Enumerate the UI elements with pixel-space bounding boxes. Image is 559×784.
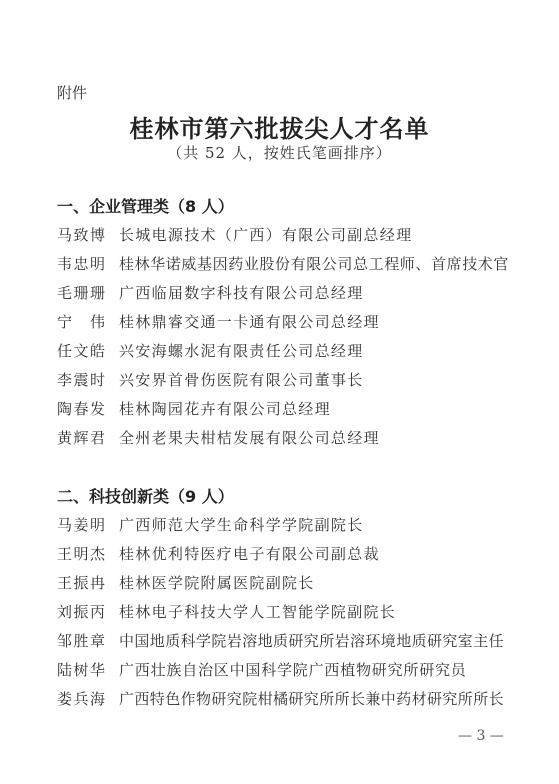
list-item: 宁 伟桂林鼎睿交通一卡通有限公司总经理 bbox=[57, 311, 380, 332]
person-position: 桂林陶园花卉有限公司总经理 bbox=[119, 398, 331, 419]
list-item: 韦忠明桂林华诺威基因药业股份有限公司总工程师、首席技术官 bbox=[57, 253, 509, 274]
person-name: 毛珊珊 bbox=[57, 282, 117, 303]
person-position: 全州老果夫柑桔发展有限公司总经理 bbox=[119, 427, 380, 448]
list-item: 邹胜章中国地质科学院岩溶地质研究所岩溶环境地质研究室主任 bbox=[57, 630, 504, 651]
person-name: 李震时 bbox=[57, 369, 117, 390]
person-position: 广西临届数字科技有限公司总经理 bbox=[119, 282, 364, 303]
person-name: 任文皓 bbox=[57, 340, 117, 361]
person-name: 宁 伟 bbox=[57, 311, 117, 332]
person-position: 桂林医学院附属医院副院长 bbox=[119, 572, 315, 593]
list-item: 马致博长城电源技术（广西）有限公司副总经理 bbox=[57, 224, 412, 245]
person-name: 马姜明 bbox=[57, 514, 117, 535]
person-position: 桂林鼎睿交通一卡通有限公司总经理 bbox=[119, 311, 380, 332]
list-item: 王明杰桂林优利特医疗电子有限公司副总裁 bbox=[57, 543, 380, 564]
section-heading-tech-innovation: 二、科技创新类（9 人） bbox=[57, 484, 234, 507]
person-position: 中国地质科学院岩溶地质研究所岩溶环境地质研究室主任 bbox=[119, 630, 504, 651]
person-position: 长城电源技术（广西）有限公司副总经理 bbox=[119, 224, 412, 245]
person-name: 陆树华 bbox=[57, 659, 117, 680]
person-position: 兴安海螺水泥有限责任公司总经理 bbox=[119, 340, 364, 361]
person-position: 广西师范大学生命科学学院副院长 bbox=[119, 514, 364, 535]
person-position: 桂林电子科技大学人工智能学院副院长 bbox=[119, 601, 396, 622]
person-position: 桂林华诺威基因药业股份有限公司总工程师、首席技术官 bbox=[119, 253, 509, 274]
person-name: 马致博 bbox=[57, 224, 117, 245]
person-position: 兴安界首骨伤医院有限公司董事长 bbox=[119, 369, 364, 390]
list-item: 陶春发桂林陶园花卉有限公司总经理 bbox=[57, 398, 331, 419]
document-subtitle: （共 52 人，按姓氏笔画排序） bbox=[0, 142, 559, 163]
list-item: 娄兵海广西特色作物研究院柑橘研究所所长兼中药材研究所所长 bbox=[57, 688, 504, 709]
person-name: 陶春发 bbox=[57, 398, 117, 419]
person-name: 邹胜章 bbox=[57, 630, 117, 651]
person-position: 桂林优利特医疗电子有限公司副总裁 bbox=[119, 543, 380, 564]
document-title: 桂林市第六批拔尖人才名单 bbox=[0, 109, 559, 144]
list-item: 王振冉桂林医学院附属医院副院长 bbox=[57, 572, 315, 593]
person-position: 广西特色作物研究院柑橘研究所所长兼中药材研究所所长 bbox=[119, 688, 504, 709]
list-item: 任文皓兴安海螺水泥有限责任公司总经理 bbox=[57, 340, 364, 361]
person-name: 王振冉 bbox=[57, 572, 117, 593]
person-name: 刘振丙 bbox=[57, 601, 117, 622]
person-position: 广西壮族自治区中国科学院广西植物研究所研究员 bbox=[119, 659, 467, 680]
list-item: 黄辉君全州老果夫柑桔发展有限公司总经理 bbox=[57, 427, 380, 448]
list-item: 刘振丙桂林电子科技大学人工智能学院副院长 bbox=[57, 601, 396, 622]
list-item: 李震时兴安界首骨伤医院有限公司董事长 bbox=[57, 369, 364, 390]
attachment-label: 附件 bbox=[57, 82, 87, 103]
list-item: 陆树华广西壮族自治区中国科学院广西植物研究所研究员 bbox=[57, 659, 467, 680]
section-heading-enterprise: 一、企业管理类（8 人） bbox=[57, 194, 234, 217]
list-item: 马姜明广西师范大学生命科学学院副院长 bbox=[57, 514, 364, 535]
person-name: 娄兵海 bbox=[57, 688, 117, 709]
person-name: 韦忠明 bbox=[57, 253, 117, 274]
page-number: — 3 — bbox=[458, 728, 504, 744]
person-name: 黄辉君 bbox=[57, 427, 117, 448]
list-item: 毛珊珊广西临届数字科技有限公司总经理 bbox=[57, 282, 364, 303]
person-name: 王明杰 bbox=[57, 543, 117, 564]
